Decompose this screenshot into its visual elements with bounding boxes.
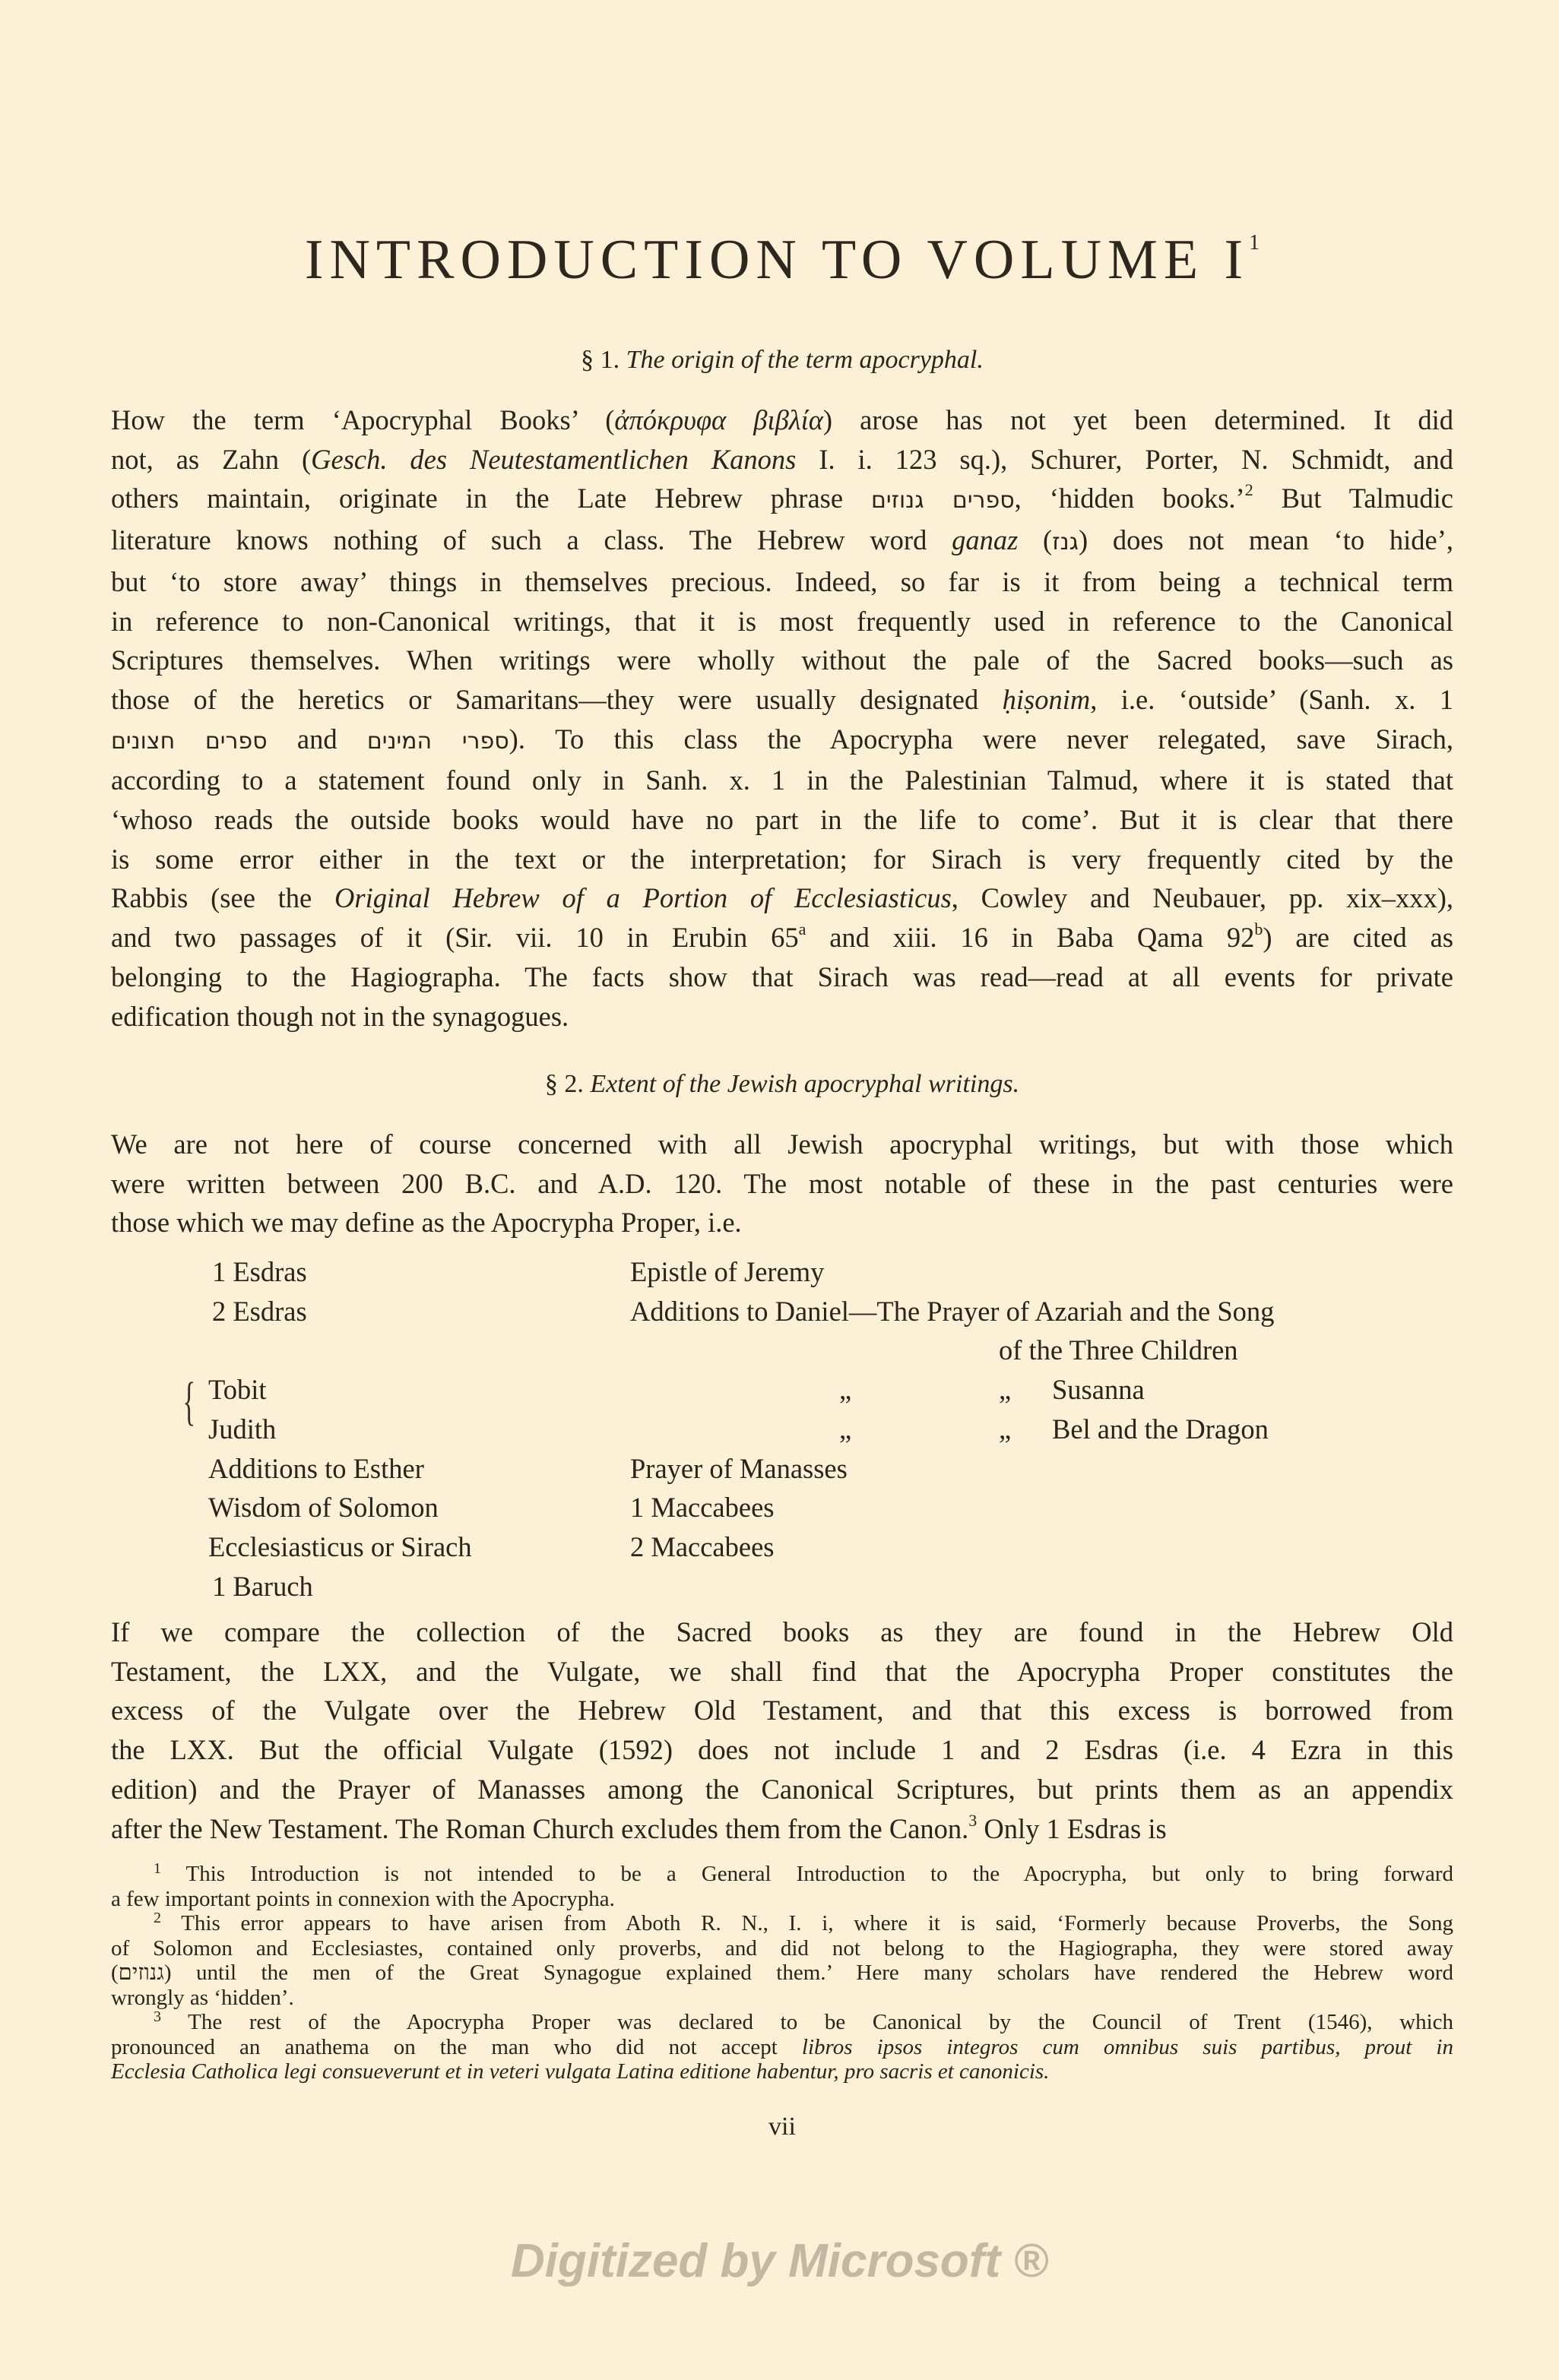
- footnote-line: of Solomon and Ecclesiastes, contained o…: [111, 1936, 1453, 1961]
- book-list-text: „: [839, 1410, 851, 1449]
- text-line: Testament, the LXX, and the Vulgate, we …: [111, 1652, 1453, 1692]
- text-line: belonging to the Hagiographa. The facts …: [111, 957, 1453, 997]
- brace-mark: {: [182, 1375, 195, 1429]
- text-line: excess of the Vulgate over the Hebrew Ol…: [111, 1691, 1453, 1730]
- footnotes: 1 This Introduction is not intended to b…: [111, 1862, 1453, 2084]
- title-text: INTRODUCTION TO VOLUME I: [305, 229, 1249, 291]
- text-line: edification though not in the synagogues…: [111, 997, 1453, 1037]
- book-list-item: 1 Baruch: [212, 1567, 313, 1606]
- text-line: and two passages of it (Sir. vii. 10 in …: [111, 918, 1453, 957]
- book-list-text: „: [999, 1370, 1011, 1410]
- text-line: those which we may define as the Apocryp…: [111, 1203, 1453, 1242]
- text-line: in reference to non-Canonical writings, …: [111, 602, 1453, 641]
- book-list-item: 1 Esdras: [212, 1252, 307, 1292]
- footnote-line: (גנוזים) until the men of the Great Syna…: [111, 1961, 1453, 1986]
- section-1-paragraph: How the term ‘Apocryphal Books’ (ἀπόκρυφ…: [111, 400, 1453, 1036]
- book-list-text: Susanna: [1052, 1370, 1145, 1410]
- text-line: literature knows nothing of such a class…: [111, 521, 1453, 562]
- page-title: INTRODUCTION TO VOLUME I1: [111, 228, 1453, 293]
- text-line: Rabbis (see the Original Hebrew of a Por…: [111, 878, 1453, 918]
- book-list-item: 2 Esdras: [212, 1292, 307, 1331]
- section-2-heading: § 2. Extent of the Jewish apocryphal wri…: [111, 1070, 1453, 1099]
- digitized-watermark: Digitized by Microsoft ®: [0, 2234, 1559, 2288]
- section-2-title: Extent of the Jewish apocryphal writings…: [590, 1070, 1019, 1098]
- text-line: How the term ‘Apocryphal Books’ (ἀπόκρυφ…: [111, 400, 1453, 440]
- book-list-text: „: [999, 1410, 1011, 1449]
- book-list-item: 1 Maccabees: [630, 1488, 775, 1527]
- text-line: is some error either in the text or the …: [111, 840, 1453, 879]
- book-list-item: Wisdom of Solomon: [208, 1488, 439, 1527]
- text-line: after the New Testament. The Roman Churc…: [111, 1809, 1453, 1849]
- title-footnote-mark: 1: [1249, 231, 1260, 255]
- section-1-title: The origin of the term apocryphal.: [626, 346, 984, 374]
- page-number: vii: [111, 2113, 1453, 2141]
- text-line: according to a statement found only in S…: [111, 761, 1453, 800]
- book-list-item: Additions to Esther: [208, 1449, 424, 1489]
- book-list-item: Epistle of Jeremy: [630, 1252, 824, 1292]
- footnote-line: pronounced an anathema on the man who di…: [111, 2035, 1453, 2060]
- section-1-heading: § 1. The origin of the term apocryphal.: [111, 346, 1453, 375]
- text-line: edition) and the Prayer of Manasses amon…: [111, 1770, 1453, 1809]
- text-line: ‘whoso reads the outside books would hav…: [111, 800, 1453, 840]
- section-2-number: § 2.: [545, 1070, 584, 1098]
- footnote-line: 2 This error appears to have arisen from…: [111, 1911, 1453, 1936]
- text-line: others maintain, originate in the Late H…: [111, 479, 1453, 521]
- text-line: not, as Zahn (Gesch. des Neutestamentlic…: [111, 440, 1453, 479]
- text-line: were written between 200 B.C. and A.D. 1…: [111, 1164, 1453, 1204]
- text-line: If we compare the collection of the Sacr…: [111, 1613, 1453, 1652]
- text-line: Scriptures themselves. When writings wer…: [111, 641, 1453, 680]
- book-list-item: Tobit: [208, 1370, 267, 1410]
- book-list-item: Ecclesiasticus or Sirach: [208, 1527, 472, 1567]
- section-2-paragraph-2: If we compare the collection of the Sacr…: [111, 1613, 1453, 1848]
- footnote-line: Ecclesia Catholica legi consueverunt et …: [111, 2059, 1453, 2084]
- text-line: We are not here of course concerned with…: [111, 1125, 1453, 1164]
- text-line: ספרים חצונים and ספרי המינים). To this c…: [111, 720, 1453, 761]
- book-list-text: „: [839, 1370, 851, 1410]
- book-list-text: Bel and the Dragon: [1052, 1410, 1269, 1449]
- section-2-paragraph: We are not here of course concerned with…: [111, 1125, 1453, 1242]
- book-list-item: of the Three Children: [999, 1331, 1238, 1370]
- book-list-item: Additions to Daniel—The Prayer of Azaria…: [630, 1292, 1274, 1331]
- text-line: but ‘to store away’ things in themselves…: [111, 562, 1453, 602]
- text-line: the LXX. But the official Vulgate (1592)…: [111, 1730, 1453, 1770]
- footnote-line: a few important points in connexion with…: [111, 1887, 1453, 1912]
- section-1-number: § 1.: [581, 346, 619, 374]
- book-list-item: 2 Maccabees: [630, 1527, 775, 1567]
- footnote-line: wrongly as ‘hidden’.: [111, 1986, 1453, 2011]
- footnote-line: 3 The rest of the Apocrypha Proper was d…: [111, 2010, 1453, 2035]
- text-line: those of the heretics or Samaritans—they…: [111, 680, 1453, 720]
- book-list-item: Judith: [208, 1410, 276, 1449]
- book-list-item: Prayer of Manasses: [630, 1449, 848, 1489]
- footnote-line: 1 This Introduction is not intended to b…: [111, 1862, 1453, 1887]
